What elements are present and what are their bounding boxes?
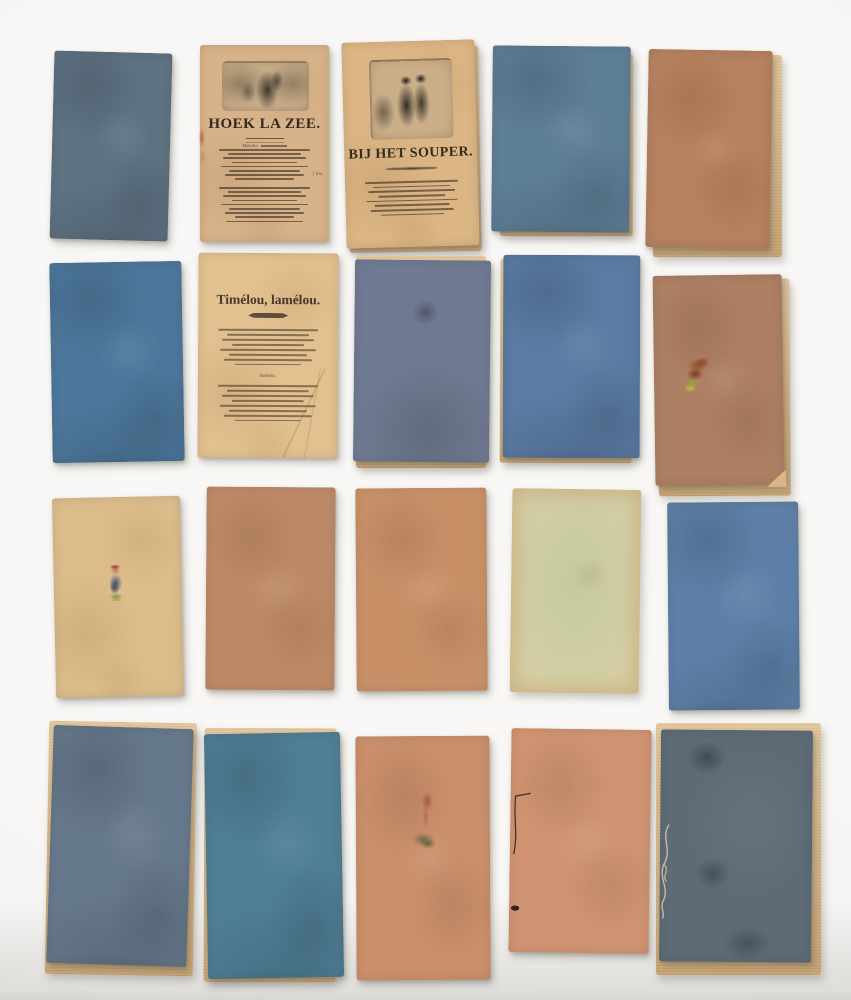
booklet-r1c3-bij-het-souper: BIJ HET SOUPER.: [341, 39, 479, 248]
booklet-r2c2-timelou-lamelou: Timélou, lamélou. Refrein.: [197, 253, 338, 459]
verse-line: [224, 359, 312, 361]
verse-line: [378, 194, 446, 197]
pasted-figure-sticker: [107, 565, 124, 601]
title-ornament: [385, 165, 437, 171]
booklet-cover: [46, 725, 193, 967]
verse-line: [219, 149, 309, 151]
verse-line: [229, 170, 300, 172]
title-ornament: [248, 313, 288, 318]
booklet-r1c1-blue-grey: [50, 50, 173, 241]
cover-title: HOEK LA ZEE.: [200, 116, 329, 133]
verse-line: [235, 178, 295, 180]
pasted-scrap-sticker: [673, 352, 718, 396]
booklet-cover: [510, 488, 642, 694]
booklet-cover: [52, 496, 184, 699]
verse-line: [225, 212, 305, 214]
melody-caption: Melodie:: [200, 143, 329, 148]
booklet-cover: [667, 501, 800, 710]
booklet-cover: [205, 487, 335, 691]
booklet-cover: [353, 259, 491, 462]
paper-creases: [277, 368, 337, 458]
verse-line: [381, 213, 443, 216]
verse-line: [365, 180, 459, 184]
verse-line: [371, 208, 454, 212]
booklet-cover: [503, 255, 641, 458]
booklet-cover: HOEK LA ZEE. Melodie: } bis.: [200, 45, 329, 242]
verse-block: [212, 187, 317, 225]
binding-string: [656, 824, 683, 924]
verse-line: [229, 354, 308, 356]
booklet-r4c4-salmon-with-ink: [508, 728, 651, 954]
booklet-r3c5-blue: [667, 501, 800, 710]
booklet-cover: [491, 45, 631, 232]
booklet-cover: [355, 736, 490, 981]
booklet-cover: [50, 50, 173, 241]
bis-label: } bis.: [312, 172, 323, 177]
verse-line: [369, 189, 455, 193]
booklet-cover: [49, 261, 184, 463]
booklet-r2c5-terracotta-with-scrap: [653, 274, 785, 486]
booklet-cover: [355, 488, 487, 692]
booklet-r3c3-salmon: [355, 488, 487, 692]
verse-line: [221, 204, 308, 206]
booklet-r1c4-blue: [491, 45, 631, 232]
photo-of-booklets: HOEK LA ZEE. Melodie: } bis. BIJ HET SOU…: [0, 0, 851, 1000]
booklet-r1c5-brown: [645, 49, 772, 249]
ink-mark: [509, 790, 541, 925]
cover-title: BIJ HET SOUPER.: [344, 144, 477, 163]
booklet-r2c3-slate-blue: [353, 259, 491, 462]
verse-line: [225, 174, 305, 176]
booklet-r1c2-hoek-la-zee: HOEK LA ZEE. Melodie: } bis.: [200, 45, 329, 242]
verse-line: [235, 216, 295, 218]
booklet-cover: [204, 732, 344, 979]
spine-wear: [199, 125, 206, 171]
booklet-r3c4-sage: [510, 488, 642, 694]
verse-block: [210, 329, 326, 369]
verse-line: [373, 185, 449, 189]
booklet-r3c2-terracotta: [205, 487, 335, 691]
verse-line: [232, 200, 297, 202]
verse-line: [375, 203, 449, 207]
booklet-r3c1-tan-with-figure: [52, 496, 184, 699]
cover-illustration-supper-scene: [369, 58, 454, 140]
booklet-cover: [653, 274, 785, 486]
verse-line: [235, 364, 301, 366]
booklet-cover: [659, 729, 813, 962]
booklet-cover: [508, 728, 651, 954]
booklet-cover: [645, 49, 772, 249]
verse-line: [218, 329, 318, 331]
cover-illustration-parlor-scene: [222, 61, 309, 111]
verse-line: [229, 208, 300, 210]
torn-scrap-sticker: [404, 794, 446, 854]
booklet-r2c1-blue: [49, 261, 184, 463]
booklet-cover: Timélou, lamélou. Refrein.: [197, 253, 338, 459]
booklet-r2c4-blue: [503, 255, 641, 458]
verse-line: [228, 191, 302, 193]
verse-line: [228, 334, 309, 336]
verse-block: [357, 180, 467, 220]
verse-line: [228, 153, 302, 155]
verse-line: [223, 195, 306, 197]
verse-line: [367, 199, 457, 203]
booklet-r4c1-blue-grey: [46, 725, 193, 967]
verse-line: [222, 339, 314, 341]
verse-block: [212, 149, 317, 183]
booklet-cover: BIJ HET SOUPER.: [341, 39, 479, 248]
verse-line: [219, 187, 309, 189]
booklet-r4c2-teal-blue: [204, 732, 344, 979]
booklet-r4c3-salmon-with-torn-scrap: [355, 736, 490, 981]
verse-line: [232, 162, 297, 164]
verse-line: [223, 157, 306, 159]
verse-line: [220, 349, 316, 351]
verse-line: [232, 344, 304, 346]
cover-title: Timélou, lamélou.: [198, 292, 338, 309]
verse-line: [226, 221, 303, 223]
verse-line: [221, 166, 308, 168]
booklet-r4c5-worn-slate: [659, 729, 813, 962]
